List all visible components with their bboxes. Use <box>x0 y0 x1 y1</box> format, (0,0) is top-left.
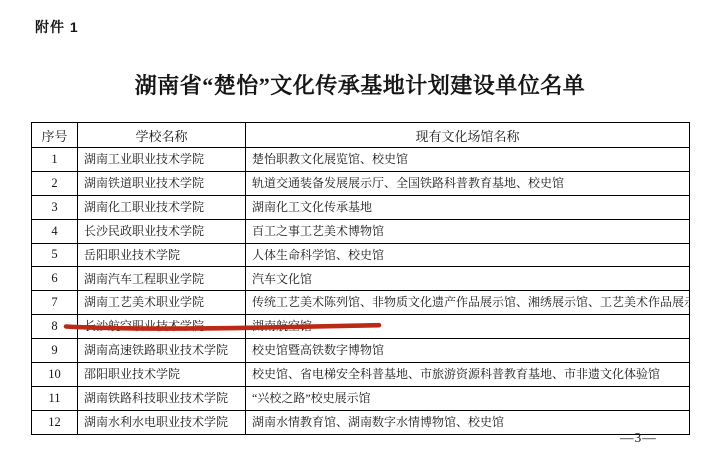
header-venues: 现有文化场馆名称 <box>246 123 690 148</box>
cell-venues: 汽车文化馆 <box>246 267 690 291</box>
table-row-highlighted: 8长沙航空职业技术学院湖南航空馆 <box>32 315 690 339</box>
cell-venues: 校史馆暨高铁数字博物馆 <box>246 339 690 363</box>
cell-school: 湖南工艺美术职业学院 <box>78 291 246 315</box>
cell-school: 长沙民政职业技术学院 <box>78 219 246 243</box>
cell-no: 10 <box>32 363 78 387</box>
table-row: 10邵阳职业技术学院校史馆、省电梯安全科普基地、市旅游资源科普教育基地、市非遗文… <box>32 363 690 387</box>
table-row: 6湖南汽车工程职业学院汽车文化馆 <box>32 267 690 291</box>
cell-school: 湖南工业职业技术学院 <box>78 148 246 172</box>
page-title: 湖南省“楚怡”文化传承基地计划建设单位名单 <box>0 69 720 100</box>
table-row: 12湖南水利水电职业技术学院湖南水情教育馆、湖南数字水情博物馆、校史馆 <box>32 410 690 434</box>
cell-school: 湖南铁路科技职业技术学院 <box>78 386 246 410</box>
cell-school: 湖南水利水电职业技术学院 <box>78 410 246 434</box>
table-row: 1湖南工业职业技术学院楚怡职教文化展览馆、校史馆 <box>32 148 690 172</box>
cell-school: 邵阳职业技术学院 <box>78 363 246 387</box>
cell-no: 2 <box>32 171 78 195</box>
cell-no: 5 <box>32 243 78 267</box>
cell-no: 4 <box>32 219 78 243</box>
cell-school: 湖南铁道职业技术学院 <box>78 171 246 195</box>
cell-no: 12 <box>32 410 78 434</box>
cell-no: 8 <box>32 315 78 339</box>
cell-school: 湖南化工职业技术学院 <box>78 195 246 219</box>
cell-school: 长沙航空职业技术学院 <box>78 315 246 339</box>
cell-school: 岳阳职业技术学院 <box>78 243 246 267</box>
header-no: 序号 <box>32 123 78 148</box>
cell-venues: 轨道交通装备发展展示厅、全国铁路科普教育基地、校史馆 <box>246 171 690 195</box>
cell-no: 3 <box>32 195 78 219</box>
cell-venues: 楚怡职教文化展览馆、校史馆 <box>246 148 690 172</box>
table-row: 5岳阳职业技术学院人体生命科学馆、校史馆 <box>32 243 690 267</box>
cell-no: 11 <box>32 386 78 410</box>
cell-venues: 人体生命科学馆、校史馆 <box>246 243 690 267</box>
cell-no: 1 <box>32 148 78 172</box>
table-row: 3湖南化工职业技术学院湖南化工文化传承基地 <box>32 195 690 219</box>
page-number: —3— <box>620 430 657 446</box>
cell-venues: 湖南航空馆 <box>246 315 690 339</box>
header-school: 学校名称 <box>78 123 246 148</box>
cell-venues: 百工之事工艺美术博物馆 <box>246 219 690 243</box>
document-page: 附件 1 湖南省“楚怡”文化传承基地计划建设单位名单 序号 学校名称 现有文化场… <box>0 0 720 459</box>
cell-venues: 校史馆、省电梯安全科普基地、市旅游资源科普教育基地、市非遗文化体验馆 <box>246 363 690 387</box>
table-row: 2湖南铁道职业技术学院轨道交通装备发展展示厅、全国铁路科普教育基地、校史馆 <box>32 171 690 195</box>
cell-no: 7 <box>32 291 78 315</box>
table-row: 4长沙民政职业技术学院百工之事工艺美术博物馆 <box>32 219 690 243</box>
cell-venues: 湖南化工文化传承基地 <box>246 195 690 219</box>
unit-list-table: 序号 学校名称 现有文化场馆名称 1湖南工业职业技术学院楚怡职教文化展览馆、校史… <box>31 122 690 435</box>
attachment-label: 附件 1 <box>35 17 79 37</box>
table-row: 9湖南高速铁路职业技术学院校史馆暨高铁数字博物馆 <box>32 339 690 363</box>
cell-venues: “兴校之路”校史展示馆 <box>246 386 690 410</box>
table-header-row: 序号 学校名称 现有文化场馆名称 <box>32 123 690 148</box>
table-row: 11湖南铁路科技职业技术学院“兴校之路”校史展示馆 <box>32 386 690 410</box>
cell-school: 湖南汽车工程职业学院 <box>78 267 246 291</box>
table-row: 7湖南工艺美术职业学院传统工艺美术陈列馆、非物质文化遗产作品展示馆、湘绣展示馆、… <box>32 291 690 315</box>
cell-venues: 传统工艺美术陈列馆、非物质文化遗产作品展示馆、湘绣展示馆、工艺美术作品展示馆 <box>246 291 690 315</box>
cell-no: 9 <box>32 339 78 363</box>
cell-no: 6 <box>32 267 78 291</box>
cell-school: 湖南高速铁路职业技术学院 <box>78 339 246 363</box>
